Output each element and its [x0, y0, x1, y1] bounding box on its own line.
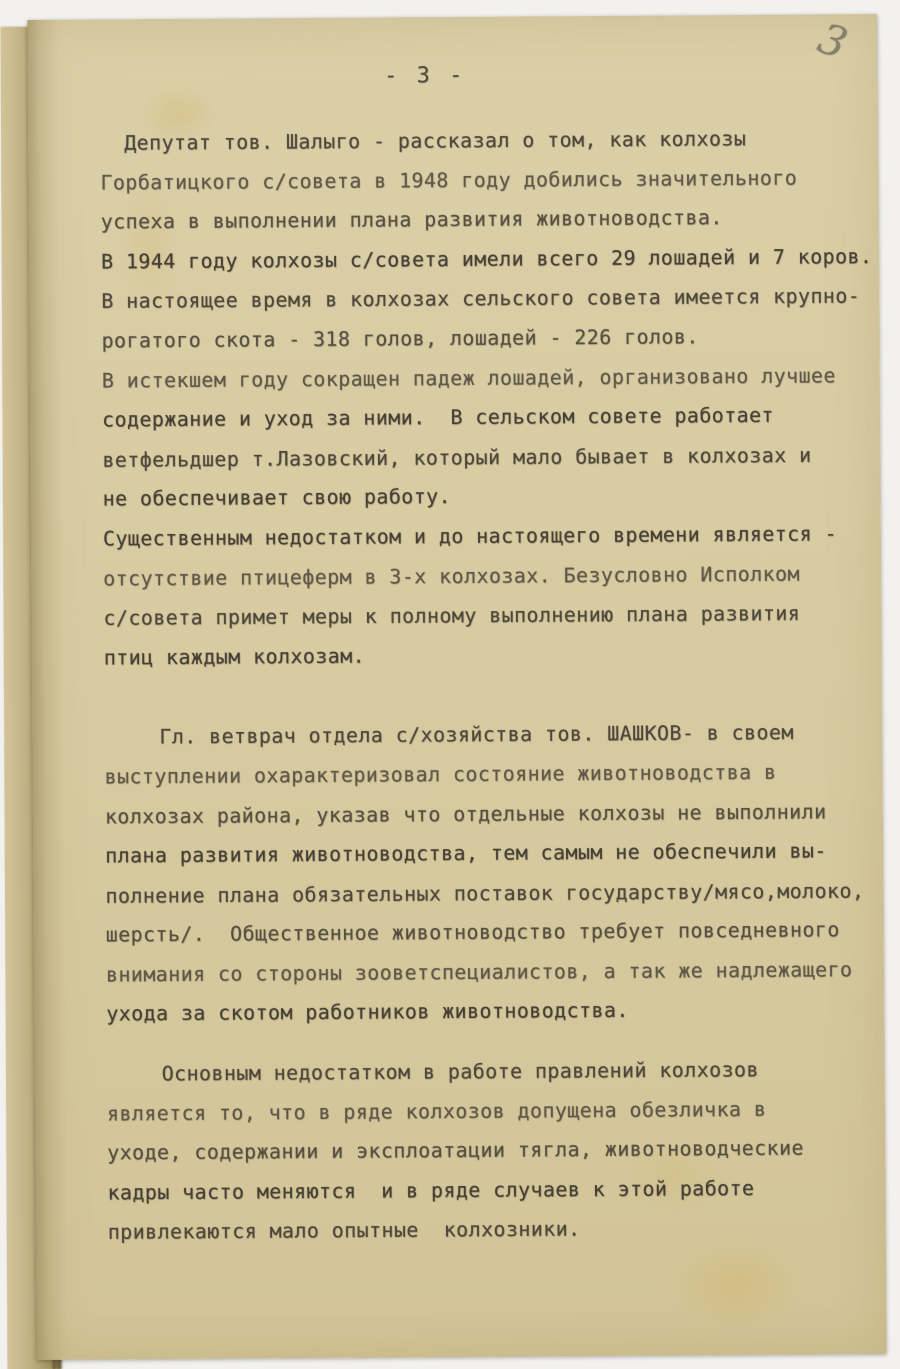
text-line: шерсть/. Общественное животноводство тре… [106, 910, 876, 955]
text-line: В 1944 году колхозы с/совета имели всего… [101, 237, 871, 282]
text-line: содержание и уход за ними. В сельском со… [102, 395, 872, 440]
text-line: Гл. ветврач отдела с/хозяйства тов. ШАШК… [104, 713, 874, 758]
paragraph: Гл. ветврач отдела с/хозяйства тов. ШАШК… [104, 712, 876, 1034]
text-line: кадры часто меняются и в ряде случаев к … [107, 1168, 877, 1213]
text-line: не обеспечивает свою работу. [103, 474, 873, 519]
text-line: является то, что в ряде колхозов допущен… [107, 1089, 877, 1134]
paper-sheet: 3 - 3 - Депутат тов. Шалыго - рассказал … [27, 14, 886, 1360]
text-line: полнение плана обязательных поставок гос… [105, 871, 875, 916]
text-line: отсутствие птицеферм в 3-х колхозах. Без… [103, 554, 873, 599]
text-line: Горбатицкого с/совета в 1948 году добили… [100, 158, 870, 203]
text-line: колхозах района, указав что отдельные ко… [105, 792, 875, 837]
text-line: Существенным недостатком и до настоящего… [103, 514, 873, 559]
typewritten-text: Депутат тов. Шалыго - рассказал о том, к… [100, 118, 878, 1252]
text-line: внимания со стороны зооветспециалистов, … [106, 950, 876, 995]
text-line: уходе, содержании и эксплоатации тягла, … [107, 1128, 877, 1173]
text-line: привлекаются мало опытные колхозники. [108, 1208, 878, 1253]
text-line: плана развития животноводства, тем самым… [105, 831, 875, 876]
text-line: Депутат тов. Шалыго - рассказал о том, к… [100, 119, 870, 164]
text-line: Основным недостатком в работе правлений … [107, 1050, 877, 1095]
text-line: птиц каждым колхозам. [104, 633, 874, 678]
text-line: ухода за скотом работников животноводств… [106, 990, 876, 1035]
scanned-document: 3 - 3 - Депутат тов. Шалыго - рассказал … [0, 0, 900, 1369]
paragraph: Депутат тов. Шалыго - рассказал о том, к… [100, 118, 874, 678]
text-line: рогатого скота - 318 голов, лошадей - 22… [101, 316, 871, 361]
text-line: ветфельдшер т.Лазовский, который мало бы… [102, 435, 872, 480]
typed-page-number: - 3 - [0, 60, 850, 91]
text-line: успеха в выполнении плана развития живот… [101, 197, 871, 242]
paragraph: Основным недостатком в работе правлений … [107, 1049, 878, 1252]
text-line: В настоящее время в колхозах сельского с… [101, 277, 871, 322]
text-line: с/совета примет меры к полному выполнени… [103, 594, 873, 639]
text-line: выступлении охарактеризовал состояние жи… [104, 752, 874, 797]
text-line: В истекшем году сокращен падеж лошадей, … [102, 356, 872, 401]
